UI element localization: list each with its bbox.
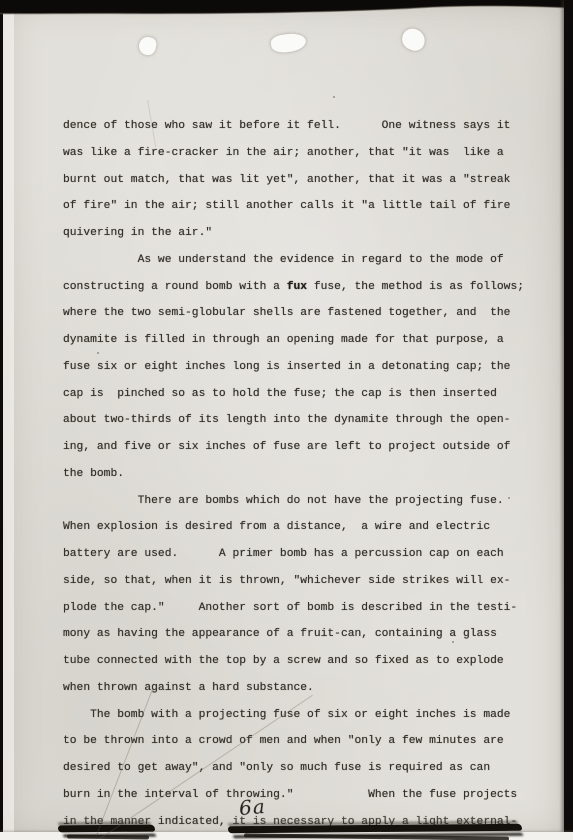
- photo-right-edge: [564, 0, 573, 833]
- text-line: quivering in the air.": [63, 220, 555, 247]
- text-line: cap is pinched so as to hold the fuse; t…: [63, 381, 555, 408]
- text-line: the bomb.: [63, 461, 555, 488]
- text-line: As we understand the evidence in regard …: [63, 247, 555, 274]
- text-line: side, so that, when it is thrown, "which…: [63, 568, 555, 595]
- text-line: was like a fire-cracker in the air; anot…: [63, 140, 555, 167]
- text-line: dynamite is filled in through an opening…: [63, 327, 555, 354]
- text-line: to be thrown into a crowd of men and whe…: [63, 728, 555, 755]
- text-line: plode the cap." Another sort of bomb is …: [63, 595, 555, 622]
- text-line: There are bombs which do not have the pr…: [63, 488, 555, 515]
- text-line: The bomb with a projecting fuse of six o…: [63, 702, 555, 729]
- text-line: burn in the interval of throwing." When …: [63, 782, 555, 809]
- paper-speck: [508, 497, 510, 499]
- text-line: ing, and five or six inches of fuse are …: [63, 434, 555, 461]
- text-line: about two-thirds of its length into the …: [63, 407, 555, 434]
- photo-top-edge: [0, 0, 573, 18]
- text-line: When explosion is desired from a distanc…: [63, 514, 555, 541]
- paper-speck: [392, 206, 394, 208]
- paper-speck: [97, 352, 99, 354]
- text-line: where the two semi-globular shells are f…: [63, 300, 555, 327]
- struck-out-text: it is necessary to apply a light externa…: [233, 816, 518, 828]
- text-line: mony as having the appearance of a fruit…: [63, 621, 555, 648]
- handwritten-annotation: 6a: [238, 794, 267, 820]
- text-line: constructing a round bomb with a fux fus…: [63, 274, 555, 301]
- paper-left-edge-highlight: [3, 0, 14, 840]
- text-line: dence of those who saw it before it fell…: [63, 113, 555, 140]
- text-line: of fire" in the air; still another calls…: [63, 193, 555, 220]
- text-line: fuse six or eight inches long is inserte…: [63, 354, 555, 381]
- text-line: burnt out match, that was lit yet", anot…: [63, 167, 555, 194]
- photostat-document-page: dence of those who saw it before it fell…: [0, 0, 573, 840]
- paper-speck: [333, 96, 335, 98]
- text-line: tube connected with the top by a screw a…: [63, 648, 555, 675]
- text-line: desired to get away", and "only so much …: [63, 755, 555, 782]
- struck-out-text: in the manner: [63, 816, 151, 828]
- text-line: battery are used. A primer bomb has a pe…: [63, 541, 555, 568]
- paper-speck: [452, 641, 454, 643]
